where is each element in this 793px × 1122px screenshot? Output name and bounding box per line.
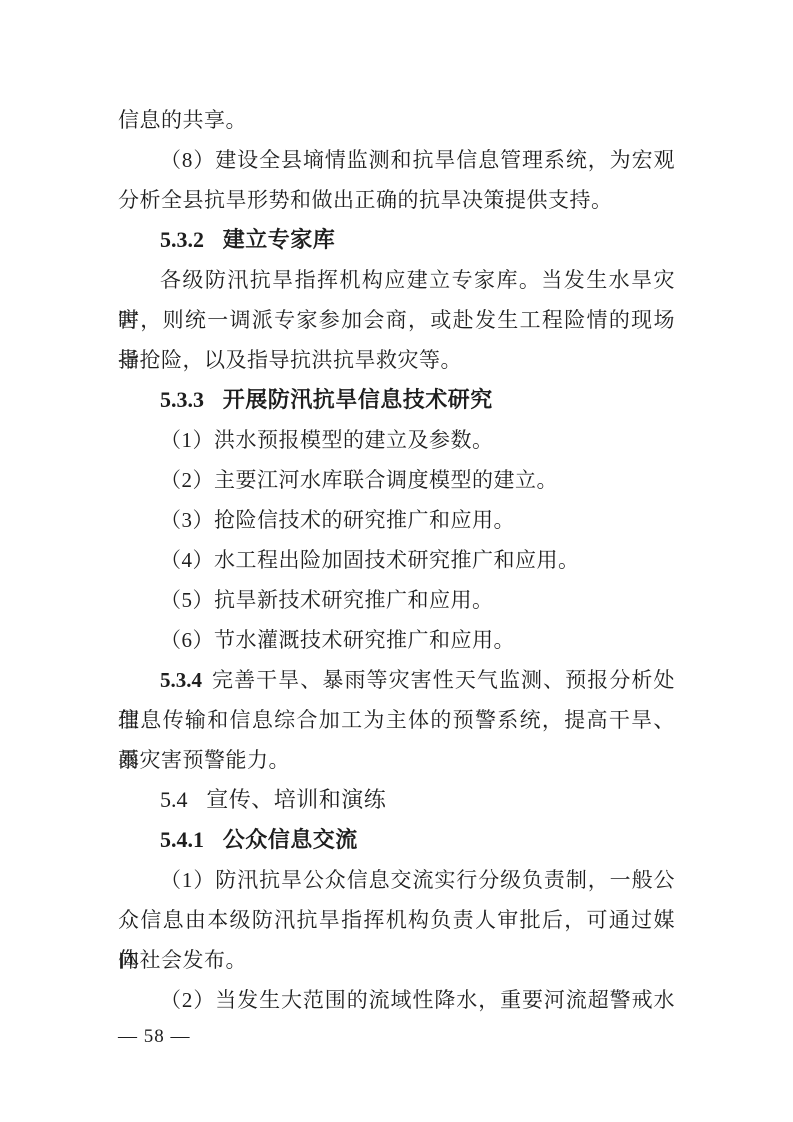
text-line: 众信息由本级防汛抗旱指挥机构负责人审批后，可通过媒体 [118, 900, 675, 940]
text-line: 分析全县抗旱形势和做出正确的抗旱决策提供支持。 [118, 180, 675, 220]
heading-number: 5.4 [160, 787, 188, 812]
text-content: 信息的共享。 （8）建设全县墒情监测和抗旱信息管理系统，为宏观 分析全县抗旱形势… [118, 100, 675, 1020]
text-line: （8）建设全县墒情监测和抗旱信息管理系统，为宏观 [118, 140, 675, 180]
heading-title: 公众信息交流 [223, 827, 358, 852]
section-heading-54: 5.4宣传、培训和演练 [118, 780, 675, 820]
section-heading-532: 5.3.2建立专家库 [118, 220, 675, 260]
document-page: 信息的共享。 （8）建设全县墒情监测和抗旱信息管理系统，为宏观 分析全县抗旱形势… [0, 0, 793, 1122]
list-item: （6）节水灌溉技术研究推广和应用。 [118, 620, 675, 660]
list-item: （1）洪水预报模型的建立及参数。 [118, 420, 675, 460]
page-number: — 58 — [118, 1026, 191, 1048]
section-heading-541: 5.4.1公众信息交流 [118, 820, 675, 860]
section-heading-533: 5.3.3开展防汛抗旱信息技术研究 [118, 380, 675, 420]
section-paragraph-534: 5.3.4完善干旱、暴雨等灾害性天气监测、预报分析处理、 [118, 660, 675, 700]
text-line: 时，则统一调派专家参加会商，或赴发生工程险情的现场指 [118, 300, 675, 340]
text-line: 导抢险，以及指导抗洪抗旱救灾等。 [118, 340, 675, 380]
heading-number: 5.4.1 [160, 827, 204, 852]
heading-title: 建立专家库 [223, 227, 336, 252]
text-line: 信息的共享。 [118, 100, 675, 140]
heading-title: 宣传、培训和演练 [206, 787, 386, 812]
text-line: 向社会发布。 [118, 940, 675, 980]
text-line: 各级防汛抗旱指挥机构应建立专家库。当发生水旱灾害 [118, 260, 675, 300]
heading-number: 5.3.2 [160, 227, 204, 252]
list-item: （4）水工程出险加固技术研究推广和应用。 [118, 540, 675, 580]
heading-number: 5.3.3 [160, 387, 204, 412]
text-line: 信息传输和信息综合加工为主体的预警系统，提高干旱、暴 [118, 700, 675, 740]
list-item: （2）主要江河水库联合调度模型的建立。 [118, 460, 675, 500]
text-line: 雨灾害预警能力。 [118, 740, 675, 780]
heading-number: 5.3.4 [160, 668, 202, 692]
heading-title: 开展防汛抗旱信息技术研究 [223, 387, 493, 412]
list-item: （5）抗旱新技术研究推广和应用。 [118, 580, 675, 620]
text-line: （1）防汛抗旱公众信息交流实行分级负责制，一般公 [118, 860, 675, 900]
text-line: （2）当发生大范围的流域性降水，重要河流超警戒水 [118, 980, 675, 1020]
list-item: （3）抢险信技术的研究推广和应用。 [118, 500, 675, 540]
